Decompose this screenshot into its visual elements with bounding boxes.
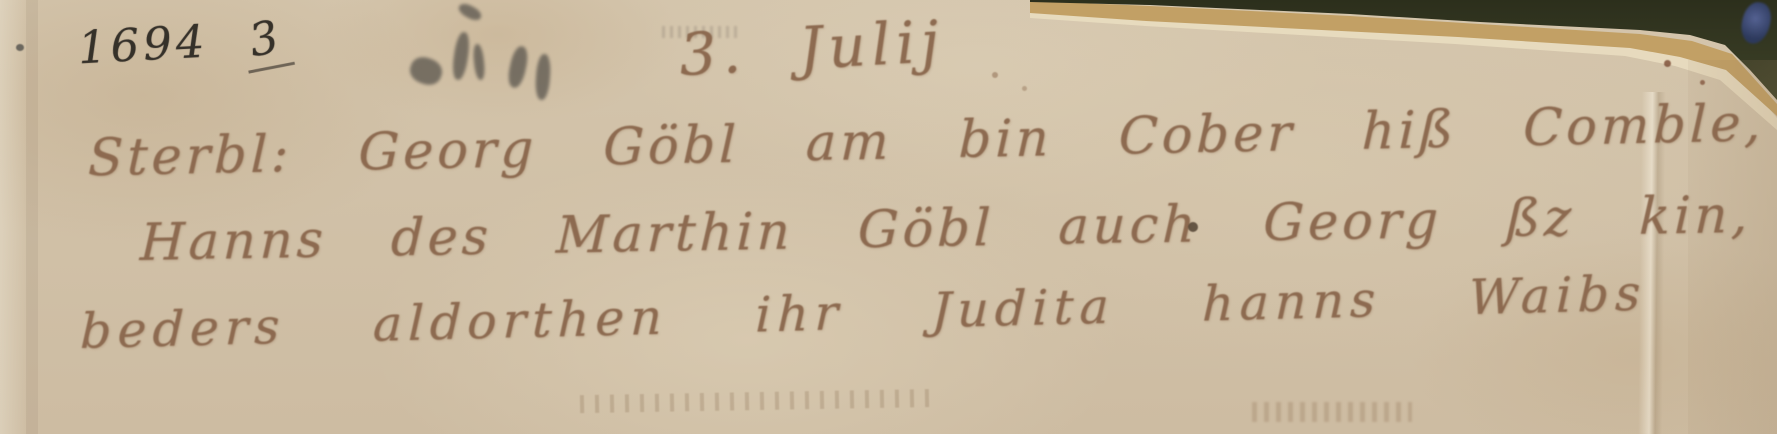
manuscript-page: 16943 3. Julij Sterbl: Georg Göbl am bin…: [0, 0, 1777, 434]
entry-number: 3: [237, 8, 294, 74]
smudge-blob: [407, 53, 446, 88]
bleed-through-dots: [580, 389, 940, 413]
ink-dot: [992, 72, 998, 78]
ink-speck: [1188, 222, 1198, 232]
bleed-through-ghost: [1252, 402, 1412, 422]
edge-speck: [1700, 80, 1705, 85]
year-text: 1694: [77, 15, 210, 75]
manuscript-line-3: beders aldorthen ihr Judita hanns Waibs: [79, 265, 1647, 360]
manuscript-line-2: Hanns des Marthin Göbl auch Georg ßz kin…: [139, 186, 1752, 273]
edge-speck: [1664, 60, 1671, 67]
smudge-blob: [472, 44, 486, 81]
manuscript-line-1: Sterbl: Georg Göbl am bin Cober hiß Comb…: [87, 94, 1765, 188]
smudge-blob: [506, 45, 530, 89]
paper-speck: [16, 44, 24, 51]
ink-smudge: [402, 6, 602, 111]
smudge-blob: [451, 31, 472, 80]
left-edge-highlight: [0, 0, 28, 434]
date-heading: 3. Julij: [601, 3, 1024, 93]
left-fold-shadow: [26, 0, 38, 434]
ink-dot: [1022, 86, 1027, 91]
smudge-blob: [534, 54, 551, 101]
year-line: 16943: [77, 11, 291, 80]
smudge-blob: [457, 1, 484, 23]
